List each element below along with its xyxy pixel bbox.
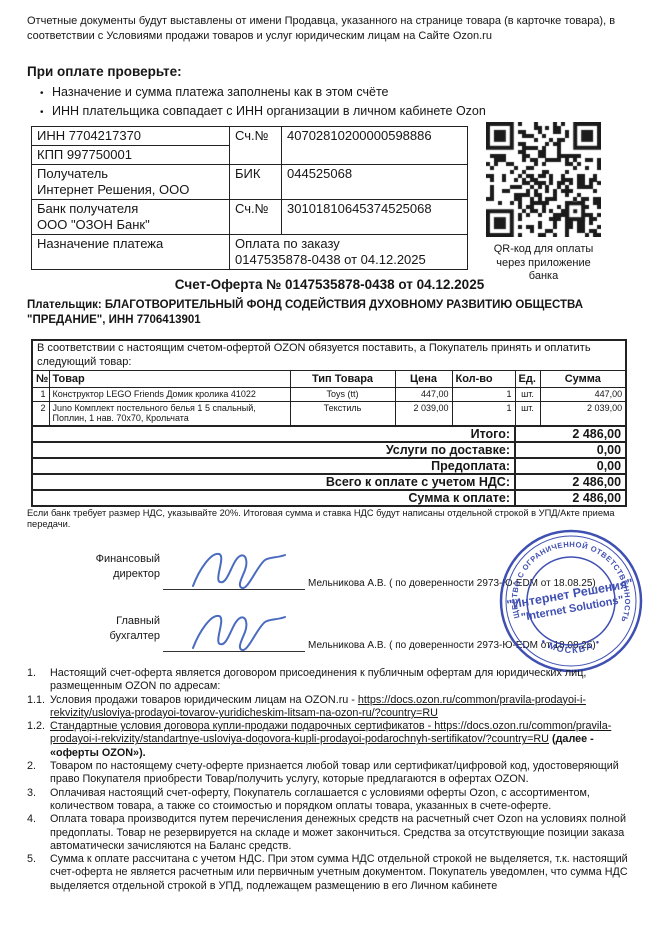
payer-line: Плательщик: БЛАГОТВОРИТЕЛЬНЫЙ ФОНД СОДЕЙ… — [27, 298, 632, 328]
bank-recipient-name: Интернет Решения, ООО — [37, 182, 224, 198]
term-item-5: 5. Сумма к оплате рассчитана с учетом НД… — [27, 853, 633, 893]
bank-bik-label: БИК — [230, 165, 282, 200]
company-stamp: ОБЩЕСТВО С ОГРАНИЧЕННОЙ ОТВЕТСТВЕННОСТЬЮ… — [497, 527, 645, 675]
signature-line — [163, 589, 305, 590]
bullet-icon: • — [40, 103, 52, 122]
bank-kpp: КПП 997750001 — [32, 146, 230, 165]
col-header-product: Товар — [49, 371, 290, 388]
bank-bik-value: 044525068 — [282, 165, 468, 200]
products-intro: В соответствии с настоящим счетом-оферто… — [32, 340, 626, 371]
signature-role: Финансовый директор — [55, 552, 160, 582]
bank-purpose-label: Назначение платежа — [32, 235, 230, 270]
bank-bank: Банк получателя ООО "ОЗОН Банк" — [32, 200, 230, 235]
product-sum: 447,00 — [540, 388, 626, 402]
bullet-icon: • — [40, 84, 52, 103]
product-price: 2 039,00 — [395, 401, 452, 426]
bank-account-value: 40702810200000598886 — [282, 127, 468, 165]
product-row: 1 Конструктор LEGO Friends Домик кролика… — [32, 388, 626, 402]
col-header-qty: Кол-во — [452, 371, 515, 388]
table-row: В соответствии с настоящим счетом-оферто… — [32, 340, 626, 371]
payment-check-item: • ИНН плательщика совпадает с ИНН органи… — [40, 103, 486, 122]
col-header-unit: Ед. — [515, 371, 540, 388]
product-name: Juno Комплект постельного белья 1 5 спал… — [49, 401, 290, 426]
product-qty: 1 — [452, 388, 515, 402]
invoice-document: Отчетные документы будут выставлены от и… — [0, 0, 659, 939]
table-row: ИНН 7704217370 Сч.№ 40702810200000598886 — [32, 127, 468, 146]
invoice-title: Счет-Оферта № 0147535878-0438 от 04.12.2… — [0, 277, 659, 292]
bank-bank-name: ООО "ОЗОН Банк" — [37, 217, 224, 233]
summary-row: Услуги по доставке: 0,00 — [32, 442, 626, 458]
bank-recipient-label: Получатель — [37, 166, 224, 182]
signature-role: Главный бухгалтер — [55, 614, 160, 644]
product-sum: 2 039,00 — [540, 401, 626, 426]
bank-corr-value: 30101810645374525068 — [282, 200, 468, 235]
qr-code — [486, 122, 601, 237]
product-type: Текстиль — [290, 401, 395, 426]
bank-details-table: ИНН 7704217370 Сч.№ 40702810200000598886… — [31, 126, 468, 270]
col-header-sum: Сумма — [540, 371, 626, 388]
table-header-row: № Товар Тип Товара Цена Кол-во Ед. Сумма — [32, 371, 626, 388]
col-header-type: Тип Товара — [290, 371, 395, 388]
product-qty: 1 — [452, 401, 515, 426]
payment-check-item: • Назначение и сумма платежа заполнены к… — [40, 84, 486, 103]
term-item-2: 2. Товаром по настоящему счету-оферте пр… — [27, 760, 633, 787]
payment-check-heading: При оплате проверьте: — [27, 64, 182, 79]
signature-scribble-icon — [185, 606, 295, 656]
signature-scribble-icon — [185, 544, 295, 594]
qr-block: QR-код для оплаты через приложение банка — [481, 122, 606, 284]
product-name: Конструктор LEGO Friends Домик кролика 4… — [49, 388, 290, 402]
payment-check-item-text: Назначение и сумма платежа заполнены как… — [52, 84, 388, 103]
summary-row: Итого: 2 486,00 — [32, 426, 626, 442]
bank-bank-label: Банк получателя — [37, 201, 224, 217]
product-row: 2 Juno Комплект постельного белья 1 5 сп… — [32, 401, 626, 426]
summary-row: Предоплата: 0,00 — [32, 458, 626, 474]
table-row: Получатель Интернет Решения, ООО БИК 044… — [32, 165, 468, 200]
summary-row: Сумма к оплате: 2 486,00 — [32, 490, 626, 506]
term-item-3: 3. Оплачивая настоящий счет-оферту, Поку… — [27, 787, 633, 814]
term-item-4: 4. Оплата товара производится путем пере… — [27, 813, 633, 853]
bank-recipient: Получатель Интернет Решения, ООО — [32, 165, 230, 200]
term-item-1-2: 1.2. Стандартные условия договора купли-… — [27, 720, 633, 760]
term-item-1: 1. Настоящий счет-оферта является догово… — [27, 667, 633, 694]
products-table: В соответствии с настоящим счетом-оферто… — [31, 339, 627, 507]
intro-note: Отчетные документы будут выставлены от и… — [27, 14, 639, 44]
term-item-1-1: 1.1. Условия продажи товаров юридическим… — [27, 694, 633, 721]
product-price: 447,00 — [395, 388, 452, 402]
stamp-city-text: • МОСКВА • — [539, 636, 603, 655]
table-row: Банк получателя ООО "ОЗОН Банк" Сч.№ 301… — [32, 200, 468, 235]
product-type: Toys (tt) — [290, 388, 395, 402]
signature-line — [163, 651, 305, 652]
product-unit: шт. — [515, 388, 540, 402]
terms-link-certificates[interactable]: Стандартные условия договора купли-прода… — [50, 720, 611, 745]
bank-account-label: Сч.№ — [230, 127, 282, 165]
terms-list: 1. Настоящий счет-оферта является догово… — [27, 667, 633, 893]
bank-purpose-value: Оплата по заказу 0147535878-0438 от 04.1… — [230, 235, 468, 270]
summary-row: Всего к оплате с учетом НДС: 2 486,00 — [32, 474, 626, 490]
bank-corr-label: Сч.№ — [230, 200, 282, 235]
product-unit: шт. — [515, 401, 540, 426]
col-header-num: № — [32, 371, 49, 388]
payment-check-item-text: ИНН плательщика совпадает с ИНН организа… — [52, 103, 486, 122]
bank-inn: ИНН 7704217370 — [32, 127, 230, 146]
table-row: Назначение платежа Оплата по заказу 0147… — [32, 235, 468, 270]
col-header-price: Цена — [395, 371, 452, 388]
payment-check-list: • Назначение и сумма платежа заполнены к… — [40, 84, 486, 121]
